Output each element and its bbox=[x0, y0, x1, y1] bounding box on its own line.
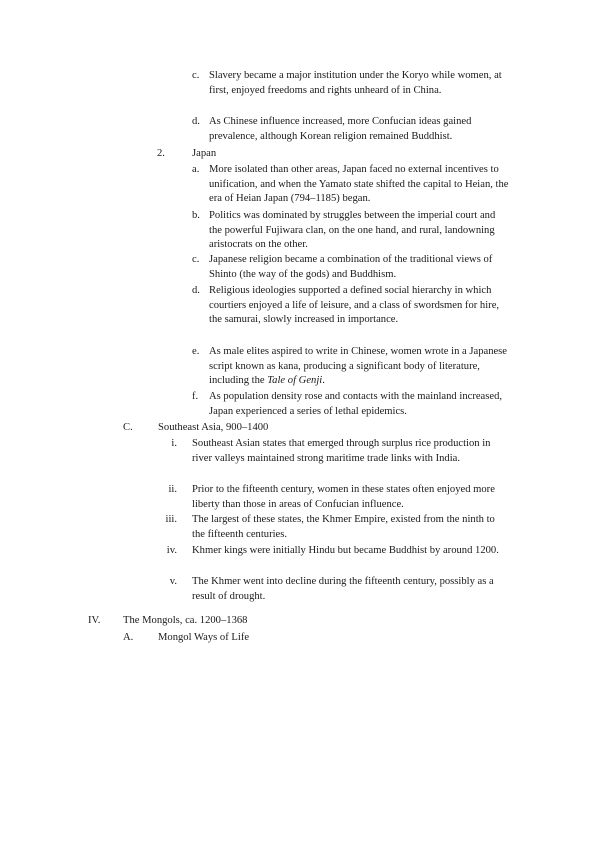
item-text: The largest of these states, the Khmer E… bbox=[192, 513, 507, 542]
item-marker: c. bbox=[192, 253, 199, 268]
item-text: Southeast Asian states that emerged thro… bbox=[192, 437, 507, 466]
document-page: c. Slavery became a major institution un… bbox=[0, 0, 595, 842]
item-marker: iii. bbox=[150, 513, 177, 528]
item-text: As male elites aspired to write in Chine… bbox=[209, 345, 514, 389]
item-text: The Khmer went into decline during the f… bbox=[192, 575, 507, 604]
item-text: As Chinese influence increased, more Con… bbox=[209, 115, 509, 144]
section-heading: Southeast Asia, 900–1400 bbox=[158, 421, 268, 436]
item-text: As population density rose and contacts … bbox=[209, 390, 509, 419]
section-marker: 2. bbox=[157, 147, 165, 162]
item-marker: d. bbox=[192, 115, 200, 130]
item-marker: ii. bbox=[150, 483, 177, 498]
item-marker: b. bbox=[192, 209, 200, 224]
item-marker: e. bbox=[192, 345, 199, 360]
item-text-part: . bbox=[322, 375, 325, 386]
section-marker: C. bbox=[123, 421, 133, 436]
subsection-marker: A. bbox=[123, 631, 133, 646]
section-marker: IV. bbox=[88, 614, 100, 629]
item-text: Khmer kings were initially Hindu but bec… bbox=[192, 544, 507, 559]
item-text: More isolated than other areas, Japan fa… bbox=[209, 163, 509, 207]
item-marker: v. bbox=[150, 575, 177, 590]
item-marker: iv. bbox=[150, 544, 177, 559]
subsection-heading: Mongol Ways of Life bbox=[158, 631, 249, 646]
item-marker: i. bbox=[150, 437, 177, 452]
item-text: Religious ideologies supported a defined… bbox=[209, 284, 509, 328]
section-heading: The Mongols, ca. 1200–1368 bbox=[123, 614, 247, 629]
section-heading: Japan bbox=[192, 147, 216, 162]
book-title: Tale of Genji bbox=[267, 375, 322, 386]
item-marker: c. bbox=[192, 69, 199, 84]
item-text: Slavery became a major institution under… bbox=[209, 69, 509, 98]
item-text: Politics was dominated by struggles betw… bbox=[209, 209, 509, 253]
item-marker: d. bbox=[192, 284, 200, 299]
item-marker: f. bbox=[192, 390, 198, 405]
item-text-part: As male elites aspired to write in Chine… bbox=[209, 346, 507, 386]
item-text: Japanese religion became a combination o… bbox=[209, 253, 509, 282]
item-text: Prior to the fifteenth century, women in… bbox=[192, 483, 507, 512]
item-marker: a. bbox=[192, 163, 199, 178]
